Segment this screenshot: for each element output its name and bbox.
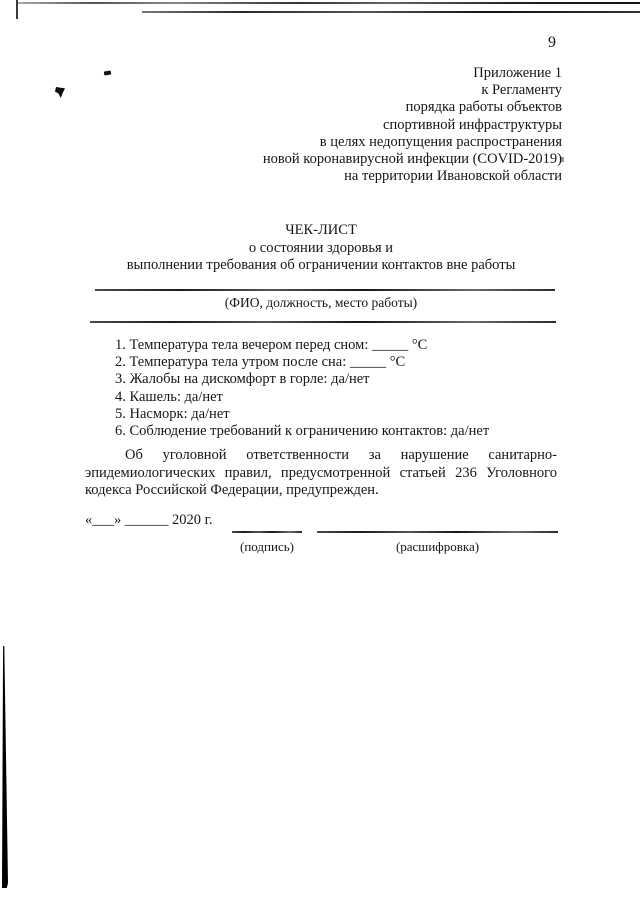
document-title-block: ЧЕК-ЛИСТ о состоянии здоровья и выполнен… bbox=[85, 222, 557, 275]
scan-artifact-top-line-1 bbox=[18, 2, 640, 4]
ink-speck bbox=[104, 71, 111, 76]
checklist-item: 2. Температура тела утром после сна: ___… bbox=[115, 354, 489, 371]
title-line: ЧЕК-ЛИСТ bbox=[85, 222, 557, 240]
appendix-line: на территории Ивановской области bbox=[263, 168, 562, 185]
checklist-item: 3. Жалобы на дискомфорт в горле: да/нет bbox=[115, 371, 489, 388]
warning-line: кодекса Российской Федерации, предупрежд… bbox=[85, 482, 557, 500]
checklist-item: 6. Соблюдение требований к ограничению к… bbox=[115, 423, 489, 440]
signature-name-line bbox=[317, 531, 558, 533]
scan-artifact-corner-tick bbox=[16, 0, 18, 19]
ink-speck bbox=[55, 87, 65, 98]
checklist: 1. Температура тела вечером перед сном: … bbox=[115, 337, 489, 440]
appendix-header-block: Приложение 1 к Регламенту порядка работы… bbox=[263, 65, 562, 185]
warning-line: Об уголовной ответственности за нарушени… bbox=[85, 447, 557, 465]
checklist-item: 1. Температура тела вечером перед сном: … bbox=[115, 337, 489, 354]
fio-fill-line bbox=[95, 289, 555, 291]
appendix-line: порядка работы объектов bbox=[263, 99, 562, 116]
warning-line: эпидемиологических правил, предусмотренн… bbox=[85, 465, 557, 483]
scan-artifact-top-line-2 bbox=[142, 11, 640, 13]
appendix-line: к Регламенту bbox=[263, 82, 562, 99]
appendix-line: в целях недопущения распространения bbox=[263, 134, 562, 151]
appendix-line: Приложение 1 bbox=[263, 65, 562, 82]
title-line: о состоянии здоровья и bbox=[85, 240, 557, 258]
title-line: выполнении требования об ограничении кон… bbox=[85, 257, 557, 275]
date-fill-line: «___» ______ 2020 г. bbox=[85, 512, 213, 529]
checklist-item: 5. Насморк: да/нет bbox=[115, 406, 489, 423]
fio-caption: (ФИО, должность, место работы) bbox=[85, 295, 557, 311]
signature-line bbox=[232, 531, 302, 533]
checklist-item: 4. Кашель: да/нет bbox=[115, 389, 489, 406]
scanned-document-page: 9 Приложение 1 к Регламенту порядка рабо… bbox=[0, 0, 640, 905]
page-number: 9 bbox=[548, 34, 556, 52]
appendix-line: спортивной инфраструктуры bbox=[263, 117, 562, 134]
fio-fill-line-2 bbox=[90, 321, 556, 323]
scan-artifact-left-edge-line bbox=[2, 646, 8, 888]
appendix-line: новой коронавирусной инфекции (COVID-201… bbox=[263, 151, 562, 168]
signature-name-caption: (расшифровка) bbox=[317, 539, 558, 555]
signature-caption: (подпись) bbox=[232, 539, 302, 555]
liability-warning-paragraph: Об уголовной ответственности за нарушени… bbox=[85, 447, 557, 500]
